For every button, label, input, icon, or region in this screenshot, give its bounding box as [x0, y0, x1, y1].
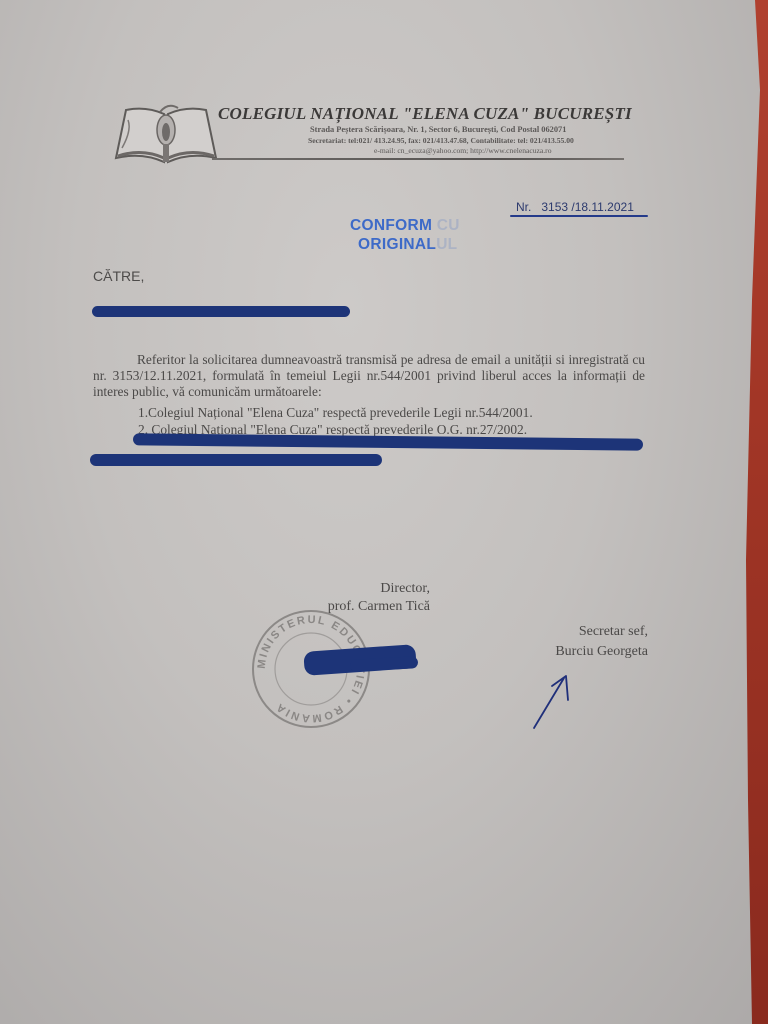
letter-body: Referitor la solicitarea dumneavoastră t… — [93, 352, 645, 400]
stamp-line-2-faded: UL — [436, 236, 457, 253]
school-address: Strada Peștera Scărișoara, Nr. 1, Sector… — [310, 125, 566, 134]
school-contacts: Secretariat: tel:021/ 413.24.95, fax: 02… — [308, 136, 574, 145]
director-title: Director, — [300, 580, 430, 598]
letterhead-divider — [212, 158, 624, 160]
redaction-line — [133, 433, 643, 450]
response-list: 1.Colegiul Național "Elena Cuza" respect… — [138, 404, 533, 438]
letterhead: COLEGIUL NAȚIONAL "ELENA CUZA" BUCUREȘTI… — [112, 100, 624, 165]
stamp-line-2: ORIGINAL — [358, 236, 436, 253]
registration-label: Nr. — [516, 200, 531, 214]
body-paragraph: Referitor la solicitarea dumneavoastră t… — [93, 352, 645, 400]
registration-number: Nr.3153 /18.11.2021 — [516, 200, 634, 214]
secretary-title: Secretar sef, — [520, 622, 648, 642]
certified-copy-stamp: CONFORM CU ORIGINALUL — [350, 216, 460, 254]
handwritten-signature-icon — [530, 668, 580, 732]
addressee-label: CĂTRE, — [93, 268, 144, 284]
document-page: COLEGIUL NAȚIONAL "ELENA CUZA" BUCUREȘTI… — [0, 0, 768, 1024]
secretary-block: Secretar sef, Burciu Georgeta — [520, 622, 648, 662]
redaction-addressee-name — [92, 306, 350, 317]
registration-underline — [510, 215, 648, 217]
response-item: 1.Colegiul Național "Elena Cuza" respect… — [138, 404, 533, 421]
registration-value: 3153 /18.11.2021 — [541, 200, 634, 214]
school-name: COLEGIUL NAȚIONAL "ELENA CUZA" BUCUREȘTI — [218, 104, 632, 124]
secretary-name: Burciu Georgeta — [520, 642, 648, 662]
redaction-line — [90, 454, 382, 466]
redaction-director-signature-tail — [350, 656, 419, 672]
stamp-line-1: CONFORM — [350, 217, 432, 234]
open-book-logo-icon — [112, 100, 220, 164]
school-web: e-mail: cn_ecuza@yahoo.com; http://www.c… — [374, 146, 552, 155]
stamp-line-1-faded: CU — [432, 217, 460, 234]
